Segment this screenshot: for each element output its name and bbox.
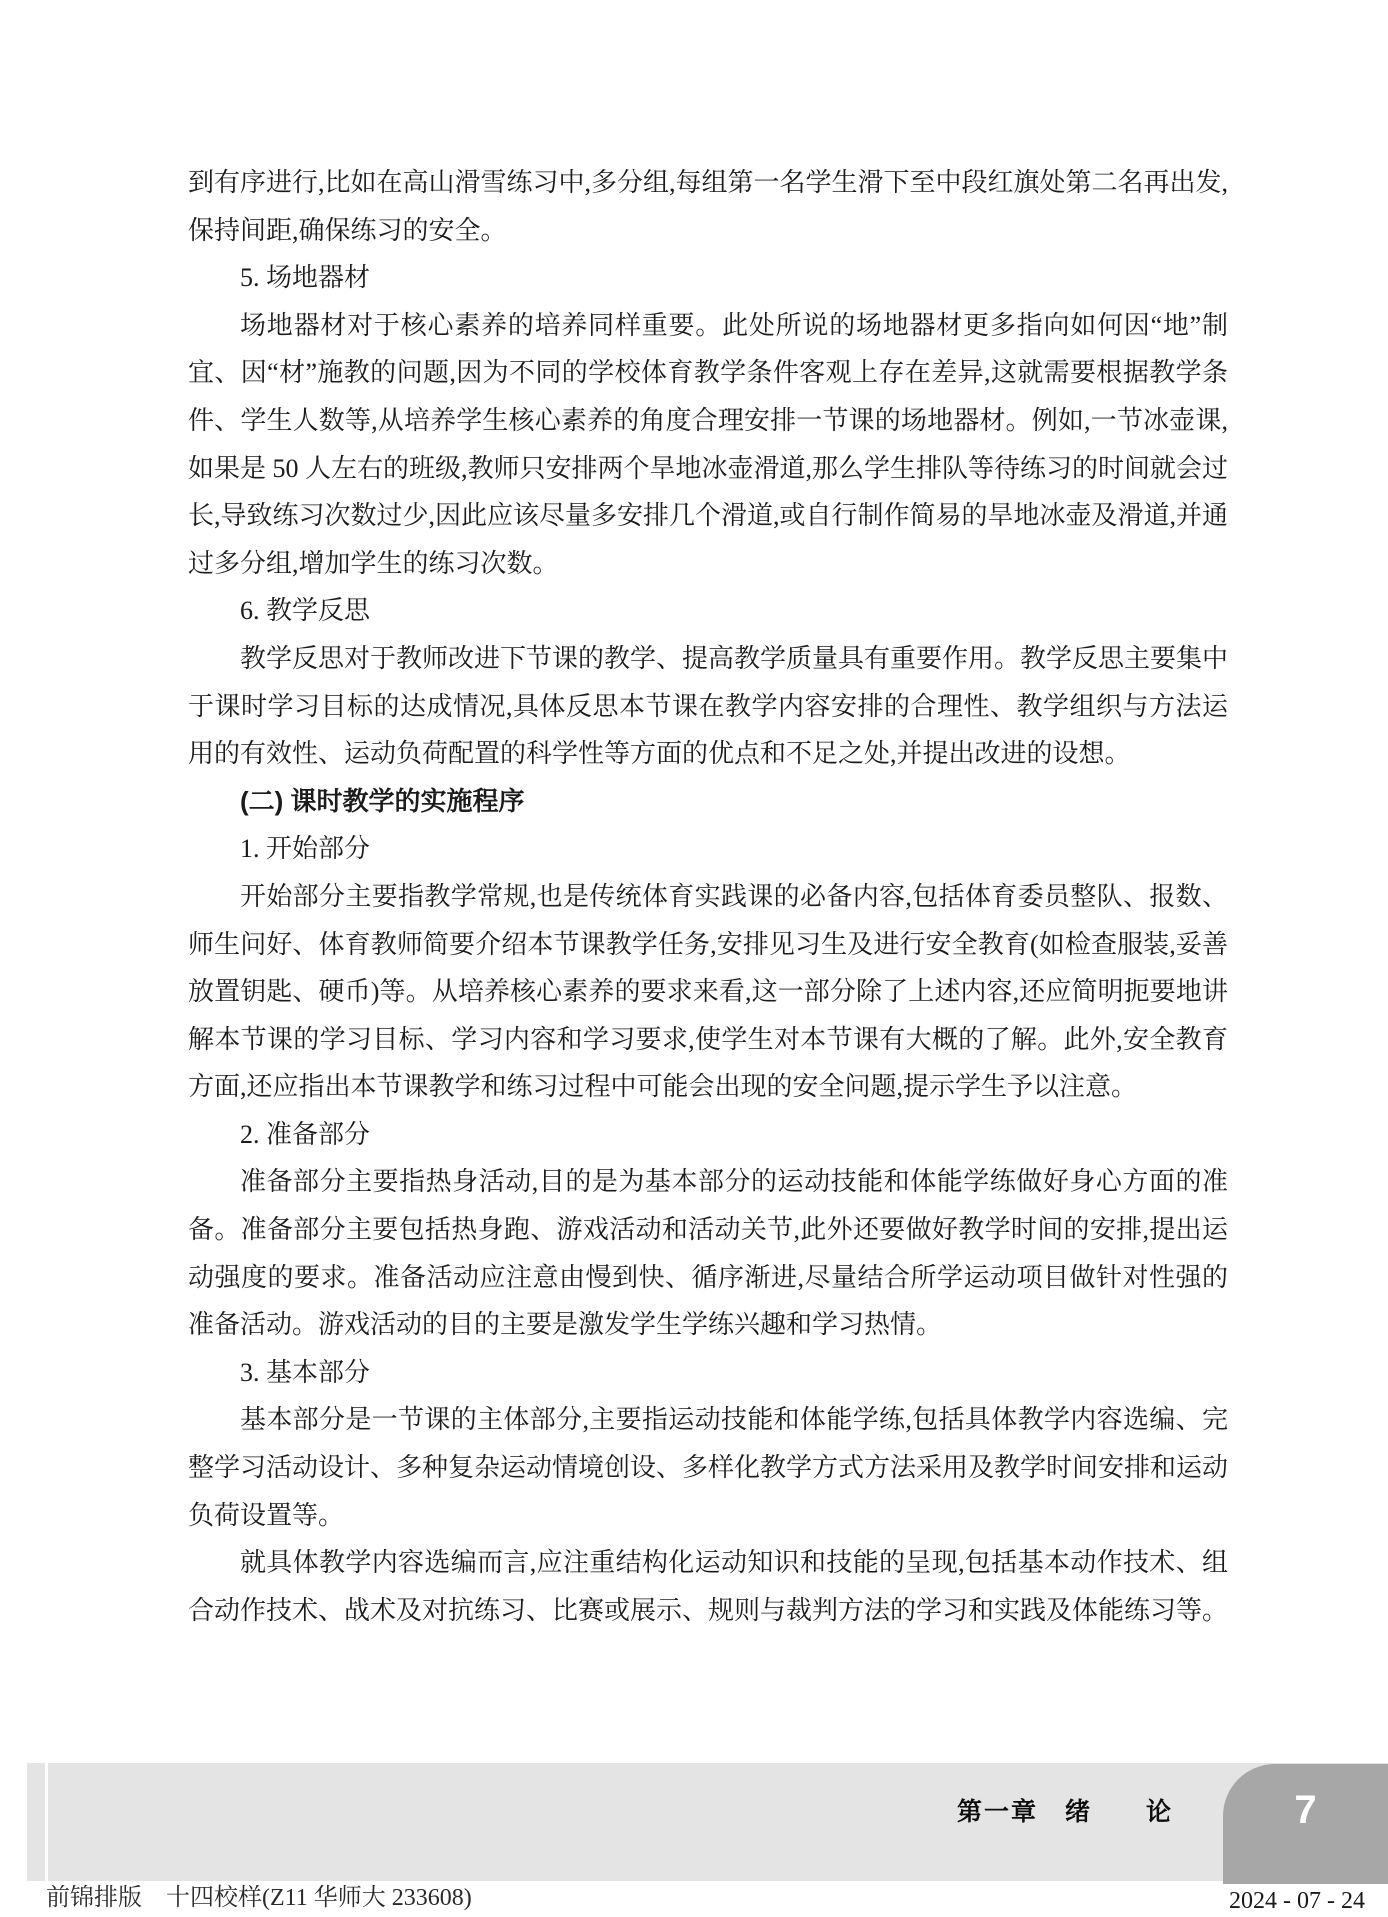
subheading: 1. 开始部分 <box>188 825 1228 873</box>
paragraph: 准备部分主要指热身活动,目的是为基本部分的运动技能和体能学练做好身心方面的准备。… <box>188 1158 1228 1348</box>
proof-date: 2024 - 07 - 24 <box>1229 1886 1365 1916</box>
subheading: 2. 准备部分 <box>188 1111 1228 1159</box>
subheading: 5. 场地器材 <box>188 254 1228 302</box>
page-number-block: 7 <box>1223 1764 1388 1884</box>
footer-left-strip <box>27 1763 45 1881</box>
body-text: 到有序进行,比如在高山滑雪练习中,多分组,每组第一名学生滑下至中段红旗处第二名再… <box>188 159 1228 1634</box>
book-page: 到有序进行,比如在高山滑雪练习中,多分组,每组第一名学生滑下至中段红旗处第二名再… <box>0 0 1388 1917</box>
paragraph: 场地器材对于核心素养的培养同样重要。此处所说的场地器材更多指向如何因“地”制宜、… <box>188 302 1228 588</box>
paragraph: 基本部分是一节课的主体部分,主要指运动技能和体能学练,包括具体教学内容选编、完整… <box>188 1396 1228 1539</box>
chapter-title: 第一章 绪 论 <box>957 1796 1173 1828</box>
paragraph: 到有序进行,比如在高山滑雪练习中,多分组,每组第一名学生滑下至中段红旗处第二名再… <box>188 159 1228 254</box>
footer-band <box>48 1763 1388 1881</box>
bold-heading: (二) 课时教学的实施程序 <box>188 778 1228 826</box>
paragraph: 开始部分主要指教学常规,也是传统体育实践课的必备内容,包括体育委员整队、报数、师… <box>188 873 1228 1111</box>
subheading: 6. 教学反思 <box>188 587 1228 635</box>
paragraph: 就具体教学内容选编而言,应注重结构化运动知识和技能的呈现,包括基本动作技术、组合… <box>188 1539 1228 1634</box>
proof-note: 前锦排版 十四校样(Z11 华师大 233608) <box>46 1883 472 1913</box>
subheading: 3. 基本部分 <box>188 1349 1228 1397</box>
paragraph: 教学反思对于教师改进下节课的教学、提高教学质量具有重要作用。教学反思主要集中于课… <box>188 635 1228 778</box>
page-number: 7 <box>1294 1790 1316 1830</box>
